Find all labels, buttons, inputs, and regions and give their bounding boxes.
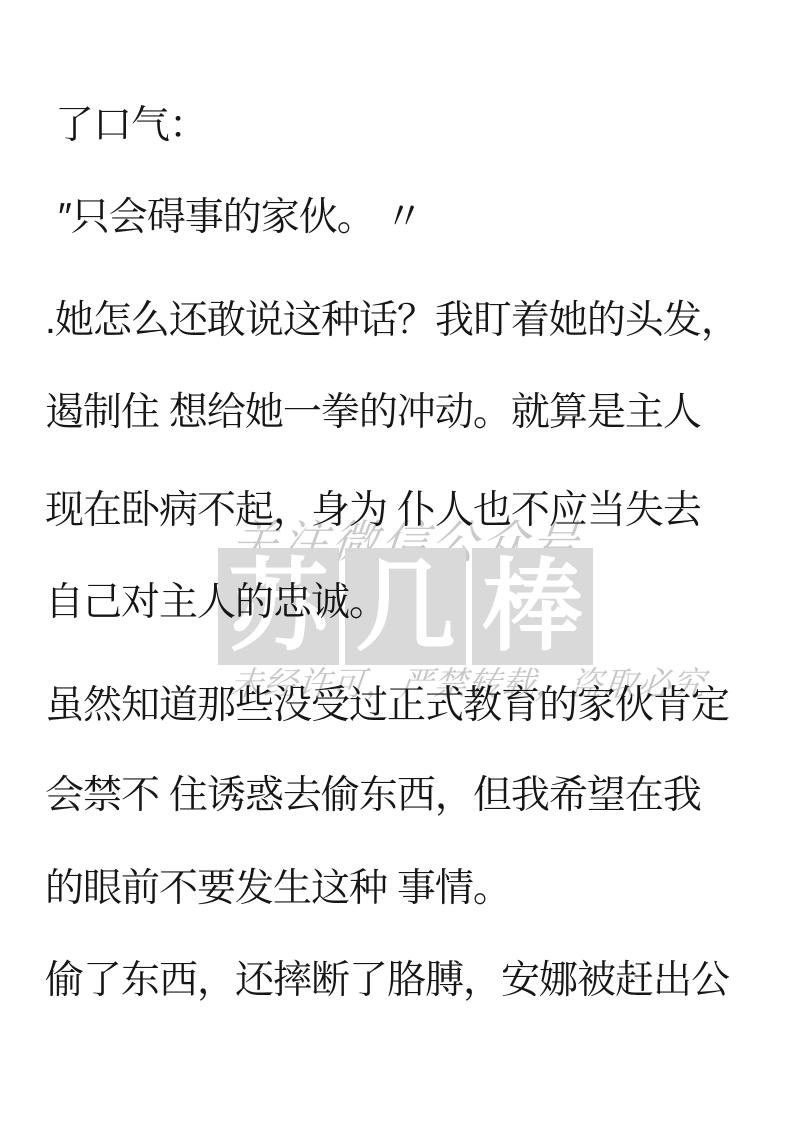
text-line: 了口气： bbox=[55, 103, 207, 149]
novel-page: 关注微信公众号 苏 几 棒 未经许可，严禁转载，盗取必究 了口气： ″只会碍事的… bbox=[0, 0, 794, 1122]
text-line: 会禁不 住诱惑去偷东西，但我希望在我 bbox=[45, 773, 701, 819]
text-line: 虽然知道那些没受过正式教育的家伙肯定 bbox=[45, 683, 729, 729]
text-line: 自己对主人的忠诚。 bbox=[45, 580, 387, 626]
page-text: 了口气： ″只会碍事的家伙。 〃 .她怎么还敢说这种话？我盯着她的头发， 遏制住… bbox=[0, 0, 794, 1122]
text-line: ″只会碍事的家伙。 〃 bbox=[58, 195, 423, 241]
text-line: 偷了东西，还摔断了胳膊，安娜被赶出公 bbox=[45, 958, 729, 1004]
text-line: .她怎么还敢说这种话？我盯着她的头发， bbox=[45, 298, 739, 344]
text-line: 现在卧病不起，身为 仆人也不应当失去 bbox=[45, 488, 701, 534]
text-line: 遏制住 想给她一拳的冲动。就算是主人 bbox=[45, 390, 701, 436]
text-line: 的眼前不要发生这种 事情。 bbox=[45, 866, 511, 912]
